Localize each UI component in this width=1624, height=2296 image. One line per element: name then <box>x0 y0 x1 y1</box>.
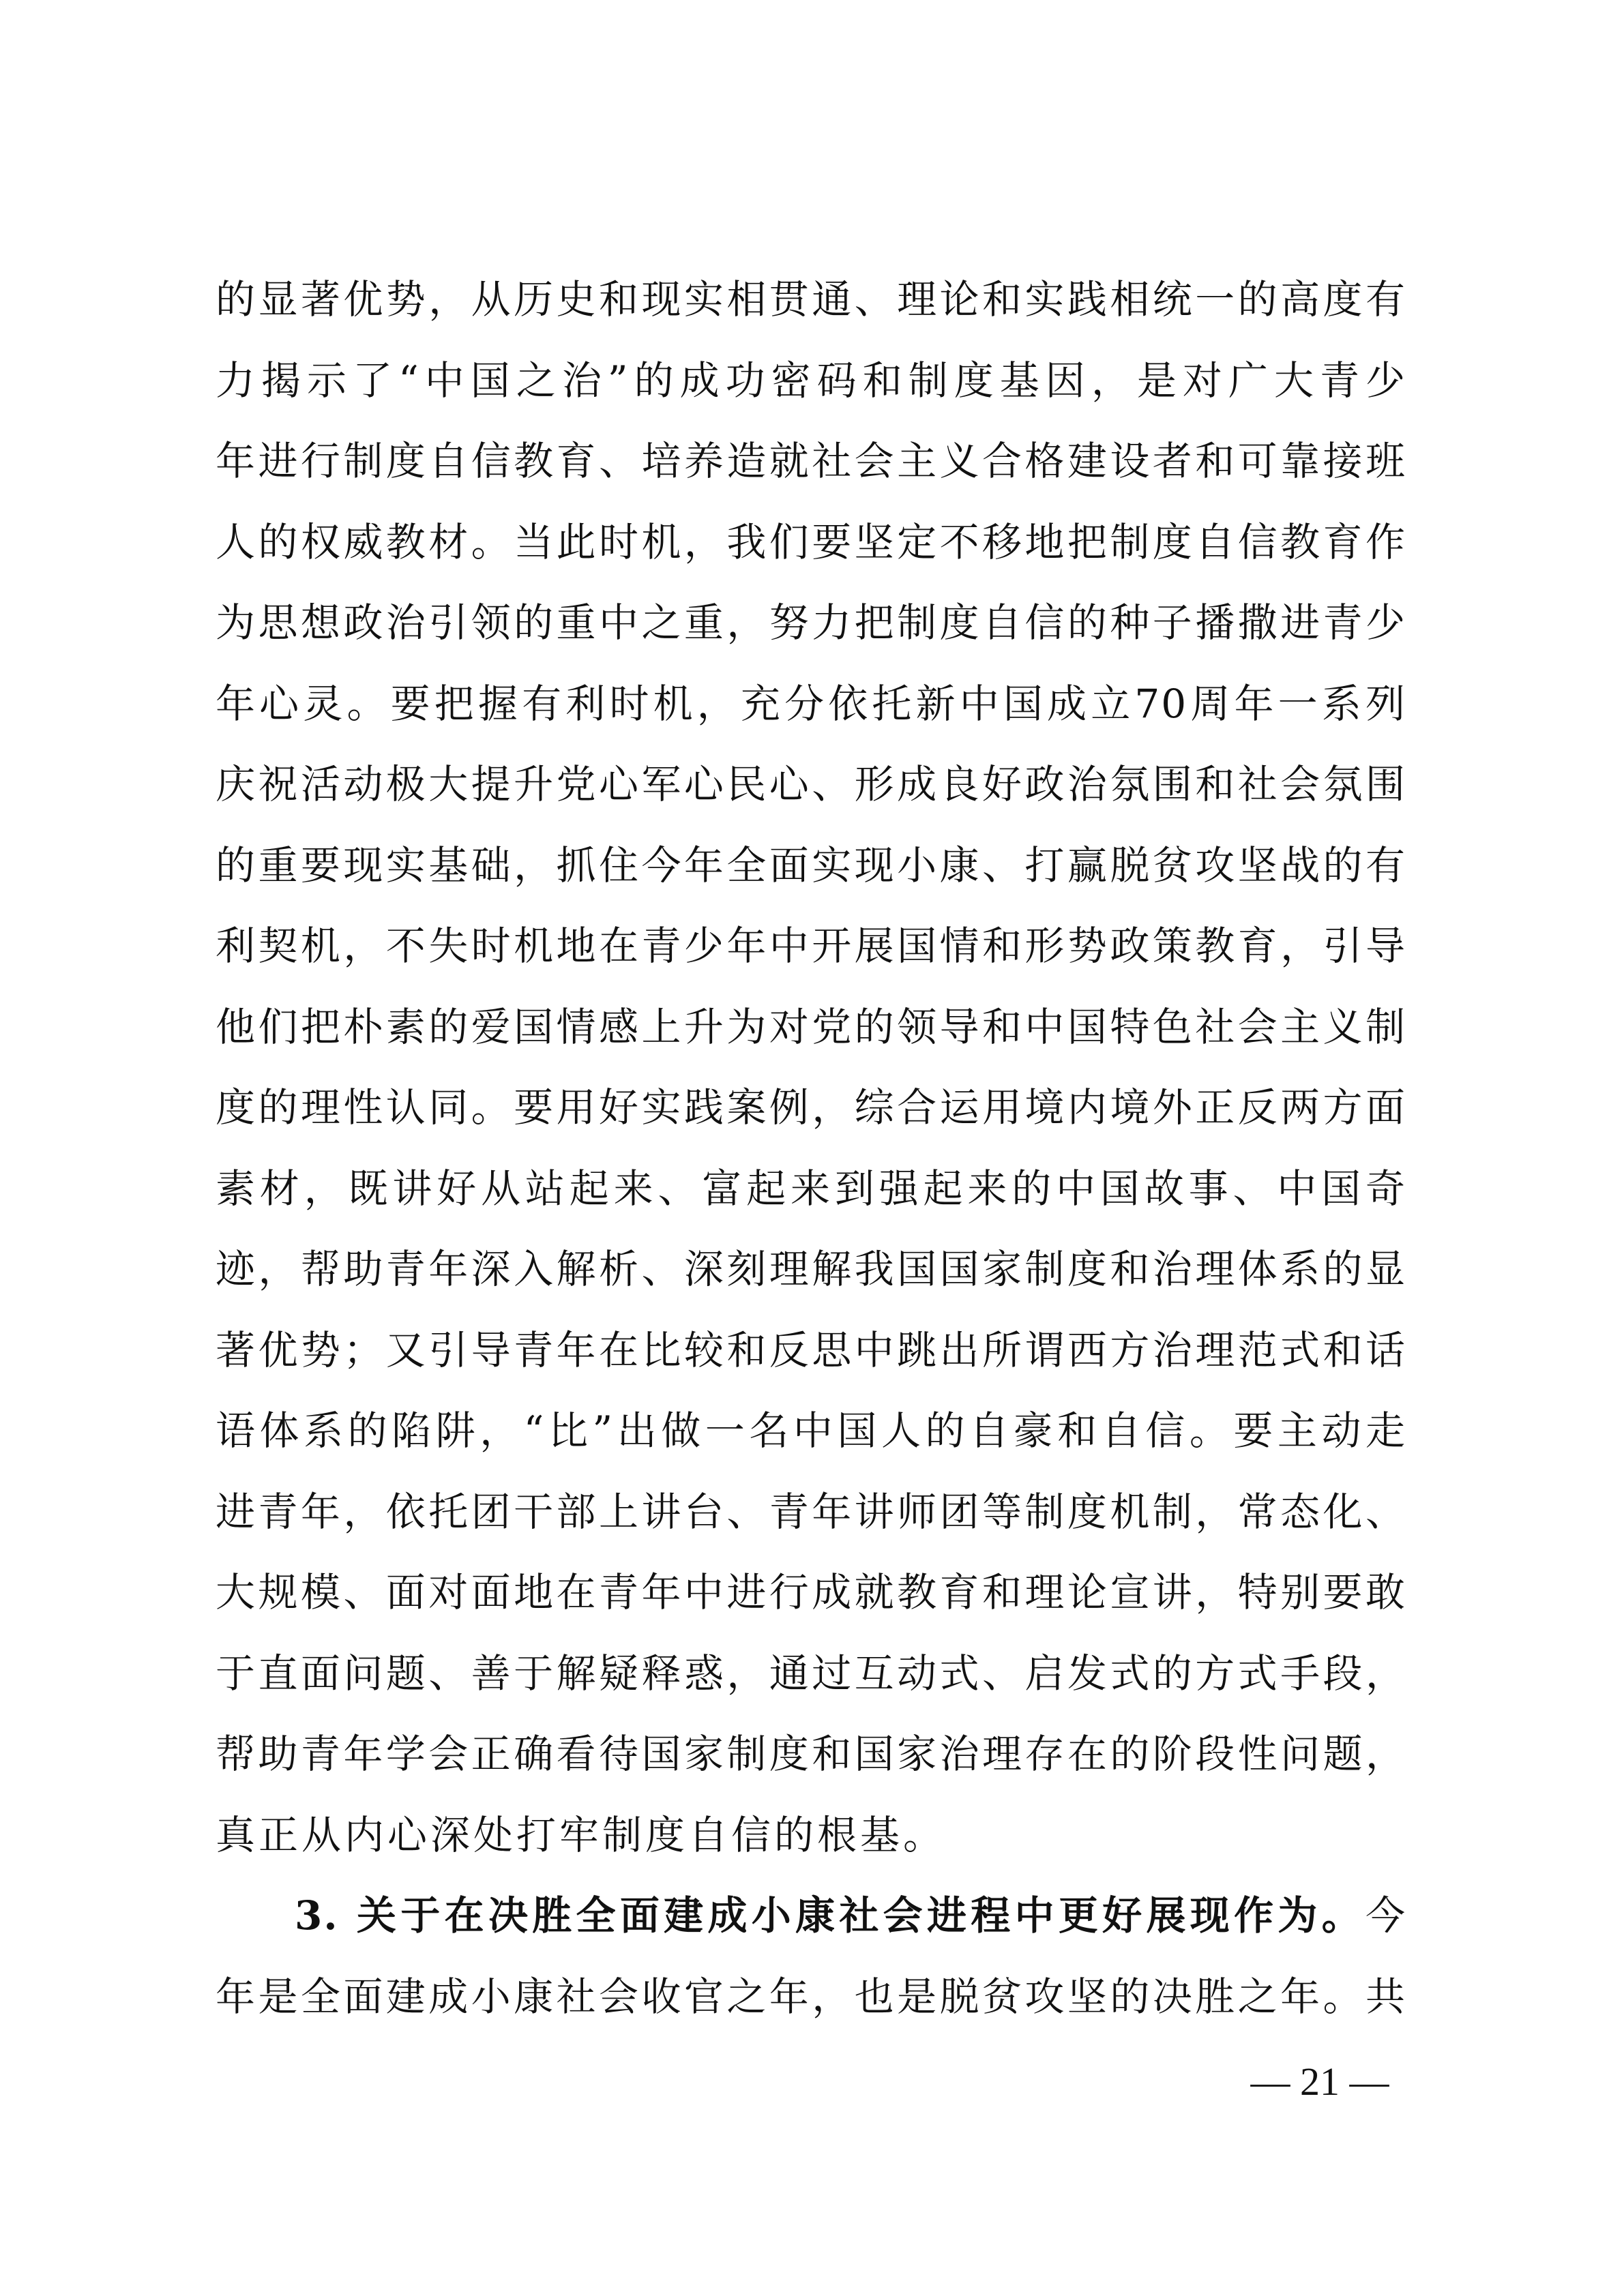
paragraph-2: 3. 关于在决胜全面建成小康社会进程中更好展现作为。今 年是全面建成小康社会收官… <box>216 1885 1406 2047</box>
text-line: 他们把朴素的爱国情感上升为对党的领导和中国特色社会主义制 <box>216 997 1406 1078</box>
text-line: 著优势；又引导青年在比较和反思中跳出所谓西方治理范式和话 <box>216 1320 1406 1401</box>
text-line: 庆祝活动极大提升党心军心民心、形成良好政治氛围和社会氛围 <box>216 754 1406 835</box>
page-number: — 21 — <box>1241 2058 1398 2106</box>
text-line: 的显著优势，从历史和现实相贯通、理论和实践相统一的高度有 <box>216 269 1406 351</box>
text-line: 进青年，依托团干部上讲台、青年讲师团等制度机制，常态化、 <box>216 1482 1406 1563</box>
section-heading: 3. 关于在决胜全面建成小康社会进程中更好展现作为。 <box>295 1892 1365 1939</box>
text-line: 素材，既讲好从站起来、富起来到强起来的中国故事、中国奇 <box>216 1159 1406 1240</box>
text-line: 帮助青年学会正确看待国家制度和国家治理存在的阶段性问题， <box>216 1724 1406 1805</box>
text-line: 迹，帮助青年深入解析、深刻理解我国国家制度和治理体系的显 <box>216 1239 1406 1320</box>
text-line: 于直面问题、善于解疑释惑，通过互动式、启发式的方式手段， <box>216 1643 1406 1725</box>
text-line: 大规模、面对面地在青年中进行成就教育和理论宣讲，特别要敢 <box>216 1562 1406 1643</box>
text-line: 人的权威教材。当此时机，我们要坚定不移地把制度自信教育作 <box>216 512 1406 593</box>
text-line: 真正从内心深处打牢制度自信的根基。 <box>216 1805 1406 1886</box>
text-line: 力揭示了“中国之治”的成功密码和制度基因，是对广大青少 <box>216 351 1406 432</box>
body-text: 的显著优势，从历史和现实相贯通、理论和实践相统一的高度有 力揭示了“中国之治”的… <box>216 269 1406 2047</box>
text-line: 年心灵。要把握有利时机，充分依托新中国成立70周年一系列 <box>216 674 1406 755</box>
document-page: 的显著优势，从历史和现实相贯通、理论和实践相统一的高度有 力揭示了“中国之治”的… <box>0 0 1624 2296</box>
text-line: 为思想政治引领的重中之重，努力把制度自信的种子播撒进青少 <box>216 593 1406 674</box>
text-line: 度的理性认同。要用好实践案例，综合运用境内境外正反两方面 <box>216 1077 1406 1159</box>
text-line: 年进行制度自信教育、培养造就社会主义合格建设者和可靠接班 <box>216 431 1406 512</box>
text-line: 利契机，不失时机地在青少年中开展国情和形势政策教育，引导 <box>216 916 1406 997</box>
heading-tail-text: 今 <box>1365 1892 1406 1939</box>
text-line: 语体系的陷阱，“比”出做一名中国人的自豪和自信。要主动走 <box>216 1401 1406 1482</box>
paragraph-1: 的显著优势，从历史和现实相贯通、理论和实践相统一的高度有 力揭示了“中国之治”的… <box>216 269 1406 1885</box>
text-line: 年是全面建成小康社会收官之年，也是脱贫攻坚的决胜之年。共 <box>216 1967 1406 2048</box>
section-heading-line: 3. 关于在决胜全面建成小康社会进程中更好展现作为。今 <box>216 1885 1406 1967</box>
text-line: 的重要现实基础，抓住今年全面实现小康、打赢脱贫攻坚战的有 <box>216 835 1406 916</box>
